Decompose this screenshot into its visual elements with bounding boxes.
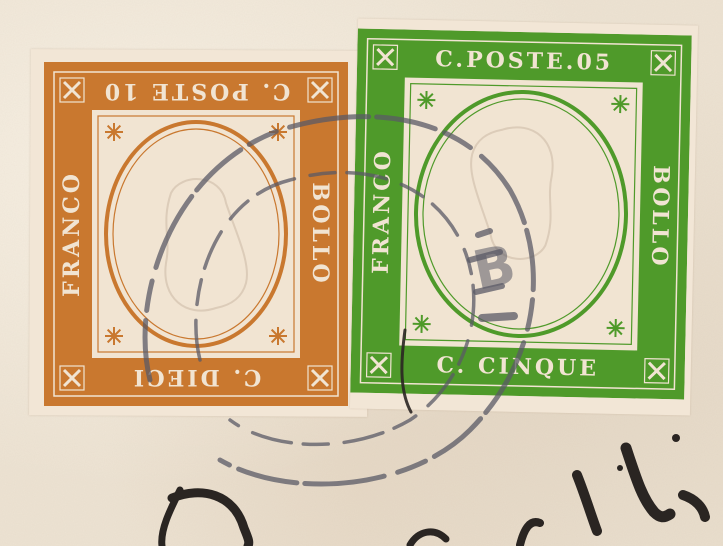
svg-text:C. CINQUE: C. CINQUE	[436, 352, 599, 381]
svg-text:BOLLO: BOLLO	[307, 182, 333, 285]
svg-text:FRANCO: FRANCO	[59, 171, 85, 297]
green-stamp: C.POSTE.05C. CINQUEFRANCOBOLLO	[350, 29, 692, 400]
svg-text:FRANCO: FRANCO	[368, 148, 397, 274]
svg-text:BOLLO: BOLLO	[646, 165, 674, 269]
svg-text:C. POSTE 10: C. POSTE 10	[102, 78, 290, 104]
svg-text:C.POSTE.05: C.POSTE.05	[435, 46, 613, 76]
orange-stamp: C. DIECIC. POSTE 10BOLLOFRANCO	[44, 62, 348, 406]
svg-text:C. DIECI: C. DIECI	[131, 364, 261, 390]
